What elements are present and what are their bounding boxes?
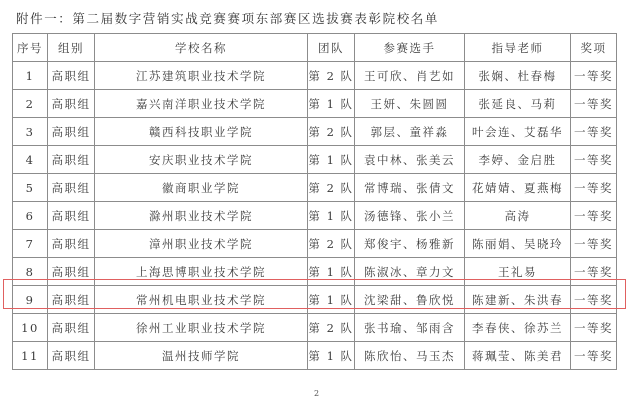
cell-award: 一等奖: [571, 342, 617, 370]
cell-award: 一等奖: [571, 90, 617, 118]
cell-award: 一等奖: [571, 314, 617, 342]
table-row: 7高职组漳州职业技术学院第 2 队郑俊宇、杨雅新陈丽娟、吴晓玲一等奖: [13, 230, 617, 258]
cell-teachers: 李春侠、徐苏兰: [465, 314, 571, 342]
header-teachers: 指导老师: [465, 34, 571, 62]
cell-team: 第 1 队: [308, 202, 355, 230]
cell-idx: 4: [13, 146, 48, 174]
cell-team: 第 1 队: [308, 342, 355, 370]
cell-award: 一等奖: [571, 202, 617, 230]
cell-teachers: 陈建新、朱洪春: [465, 286, 571, 314]
cell-teachers: 陈丽娟、吴晓玲: [465, 230, 571, 258]
table-row: 6高职组滁州职业技术学院第 1 队汤德锋、张小兰高涛一等奖: [13, 202, 617, 230]
cell-school: 徐州工业职业技术学院: [95, 314, 308, 342]
cell-team: 第 2 队: [308, 118, 355, 146]
header-school: 学校名称: [95, 34, 308, 62]
cell-players: 王妍、朱圆圆: [355, 90, 465, 118]
cell-school: 江苏建筑职业技术学院: [95, 62, 308, 90]
cell-group: 高职组: [48, 146, 95, 174]
cell-team: 第 1 队: [308, 90, 355, 118]
cell-team: 第 2 队: [308, 230, 355, 258]
table-row: 2高职组嘉兴南洋职业技术学院第 1 队王妍、朱圆圆张延良、马莉一等奖: [13, 90, 617, 118]
table-row: 9高职组常州机电职业技术学院第 1 队沈梁甜、鲁欣悦陈建新、朱洪春一等奖: [13, 286, 617, 314]
table-row: 8高职组上海思博职业技术学院第 1 队陈淑冰、章力文王礼易一等奖: [13, 258, 617, 286]
header-idx: 序号: [13, 34, 48, 62]
cell-players: 陈淑冰、章力文: [355, 258, 465, 286]
cell-idx: 6: [13, 202, 48, 230]
table-row: 10高职组徐州工业职业技术学院第 2 队张书瑜、邹雨含李春侠、徐苏兰一等奖: [13, 314, 617, 342]
cell-players: 沈梁甜、鲁欣悦: [355, 286, 465, 314]
cell-award: 一等奖: [571, 146, 617, 174]
cell-team: 第 1 队: [308, 258, 355, 286]
header-award: 奖项: [571, 34, 617, 62]
cell-idx: 10: [13, 314, 48, 342]
page-number: 2: [314, 389, 319, 398]
cell-team: 第 1 队: [308, 146, 355, 174]
cell-teachers: 蒋珮莹、陈美君: [465, 342, 571, 370]
cell-teachers: 王礼易: [465, 258, 571, 286]
cell-team: 第 2 队: [308, 174, 355, 202]
cell-group: 高职组: [48, 314, 95, 342]
cell-team: 第 2 队: [308, 314, 355, 342]
cell-idx: 2: [13, 90, 48, 118]
cell-players: 郭层、童祥淼: [355, 118, 465, 146]
table-header-row: 序号 组别 学校名称 团队 参赛选手 指导老师 奖项: [13, 34, 617, 62]
header-players: 参赛选手: [355, 34, 465, 62]
cell-award: 一等奖: [571, 258, 617, 286]
cell-school: 滁州职业技术学院: [95, 202, 308, 230]
cell-idx: 7: [13, 230, 48, 258]
cell-school: 温州技师学院: [95, 342, 308, 370]
cell-idx: 11: [13, 342, 48, 370]
cell-school: 赣西科技职业学院: [95, 118, 308, 146]
table-row: 5高职组徽商职业学院第 2 队常博瑞、张倩文花婧婧、夏燕梅一等奖: [13, 174, 617, 202]
cell-group: 高职组: [48, 286, 95, 314]
cell-team: 第 2 队: [308, 62, 355, 90]
cell-teachers: 高涛: [465, 202, 571, 230]
document-title: 附件一：第二届数字营销实战竞赛赛项东部赛区选拔赛表彰院校名单: [16, 9, 439, 27]
cell-players: 郑俊宇、杨雅新: [355, 230, 465, 258]
cell-school: 嘉兴南洋职业技术学院: [95, 90, 308, 118]
cell-players: 汤德锋、张小兰: [355, 202, 465, 230]
cell-players: 王可欣、肖艺如: [355, 62, 465, 90]
table-row: 1高职组江苏建筑职业技术学院第 2 队王可欣、肖艺如张娴、杜春梅一等奖: [13, 62, 617, 90]
cell-group: 高职组: [48, 342, 95, 370]
cell-idx: 8: [13, 258, 48, 286]
cell-group: 高职组: [48, 258, 95, 286]
cell-group: 高职组: [48, 202, 95, 230]
table-row: 4高职组安庆职业技术学院第 1 队袁中林、张美云李婷、金启胜一等奖: [13, 146, 617, 174]
cell-group: 高职组: [48, 118, 95, 146]
cell-award: 一等奖: [571, 230, 617, 258]
cell-school: 徽商职业学院: [95, 174, 308, 202]
cell-players: 陈欣怡、马玉杰: [355, 342, 465, 370]
cell-school: 安庆职业技术学院: [95, 146, 308, 174]
cell-teachers: 张延良、马莉: [465, 90, 571, 118]
cell-award: 一等奖: [571, 286, 617, 314]
cell-group: 高职组: [48, 174, 95, 202]
cell-teachers: 叶会连、艾磊华: [465, 118, 571, 146]
cell-idx: 5: [13, 174, 48, 202]
table-row: 3高职组赣西科技职业学院第 2 队郭层、童祥淼叶会连、艾磊华一等奖: [13, 118, 617, 146]
cell-group: 高职组: [48, 230, 95, 258]
cell-idx: 9: [13, 286, 48, 314]
cell-idx: 1: [13, 62, 48, 90]
cell-teachers: 张娴、杜春梅: [465, 62, 571, 90]
cell-school: 上海思博职业技术学院: [95, 258, 308, 286]
award-roster-table: 序号 组别 学校名称 团队 参赛选手 指导老师 奖项 1高职组江苏建筑职业技术学…: [12, 33, 617, 370]
header-group: 组别: [48, 34, 95, 62]
cell-players: 袁中林、张美云: [355, 146, 465, 174]
cell-school: 常州机电职业技术学院: [95, 286, 308, 314]
cell-award: 一等奖: [571, 62, 617, 90]
cell-award: 一等奖: [571, 174, 617, 202]
cell-players: 张书瑜、邹雨含: [355, 314, 465, 342]
cell-players: 常博瑞、张倩文: [355, 174, 465, 202]
cell-group: 高职组: [48, 90, 95, 118]
cell-teachers: 花婧婧、夏燕梅: [465, 174, 571, 202]
table-row: 11高职组温州技师学院第 1 队陈欣怡、马玉杰蒋珮莹、陈美君一等奖: [13, 342, 617, 370]
cell-award: 一等奖: [571, 118, 617, 146]
cell-team: 第 1 队: [308, 286, 355, 314]
cell-school: 漳州职业技术学院: [95, 230, 308, 258]
cell-group: 高职组: [48, 62, 95, 90]
cell-idx: 3: [13, 118, 48, 146]
header-team: 团队: [308, 34, 355, 62]
cell-teachers: 李婷、金启胜: [465, 146, 571, 174]
